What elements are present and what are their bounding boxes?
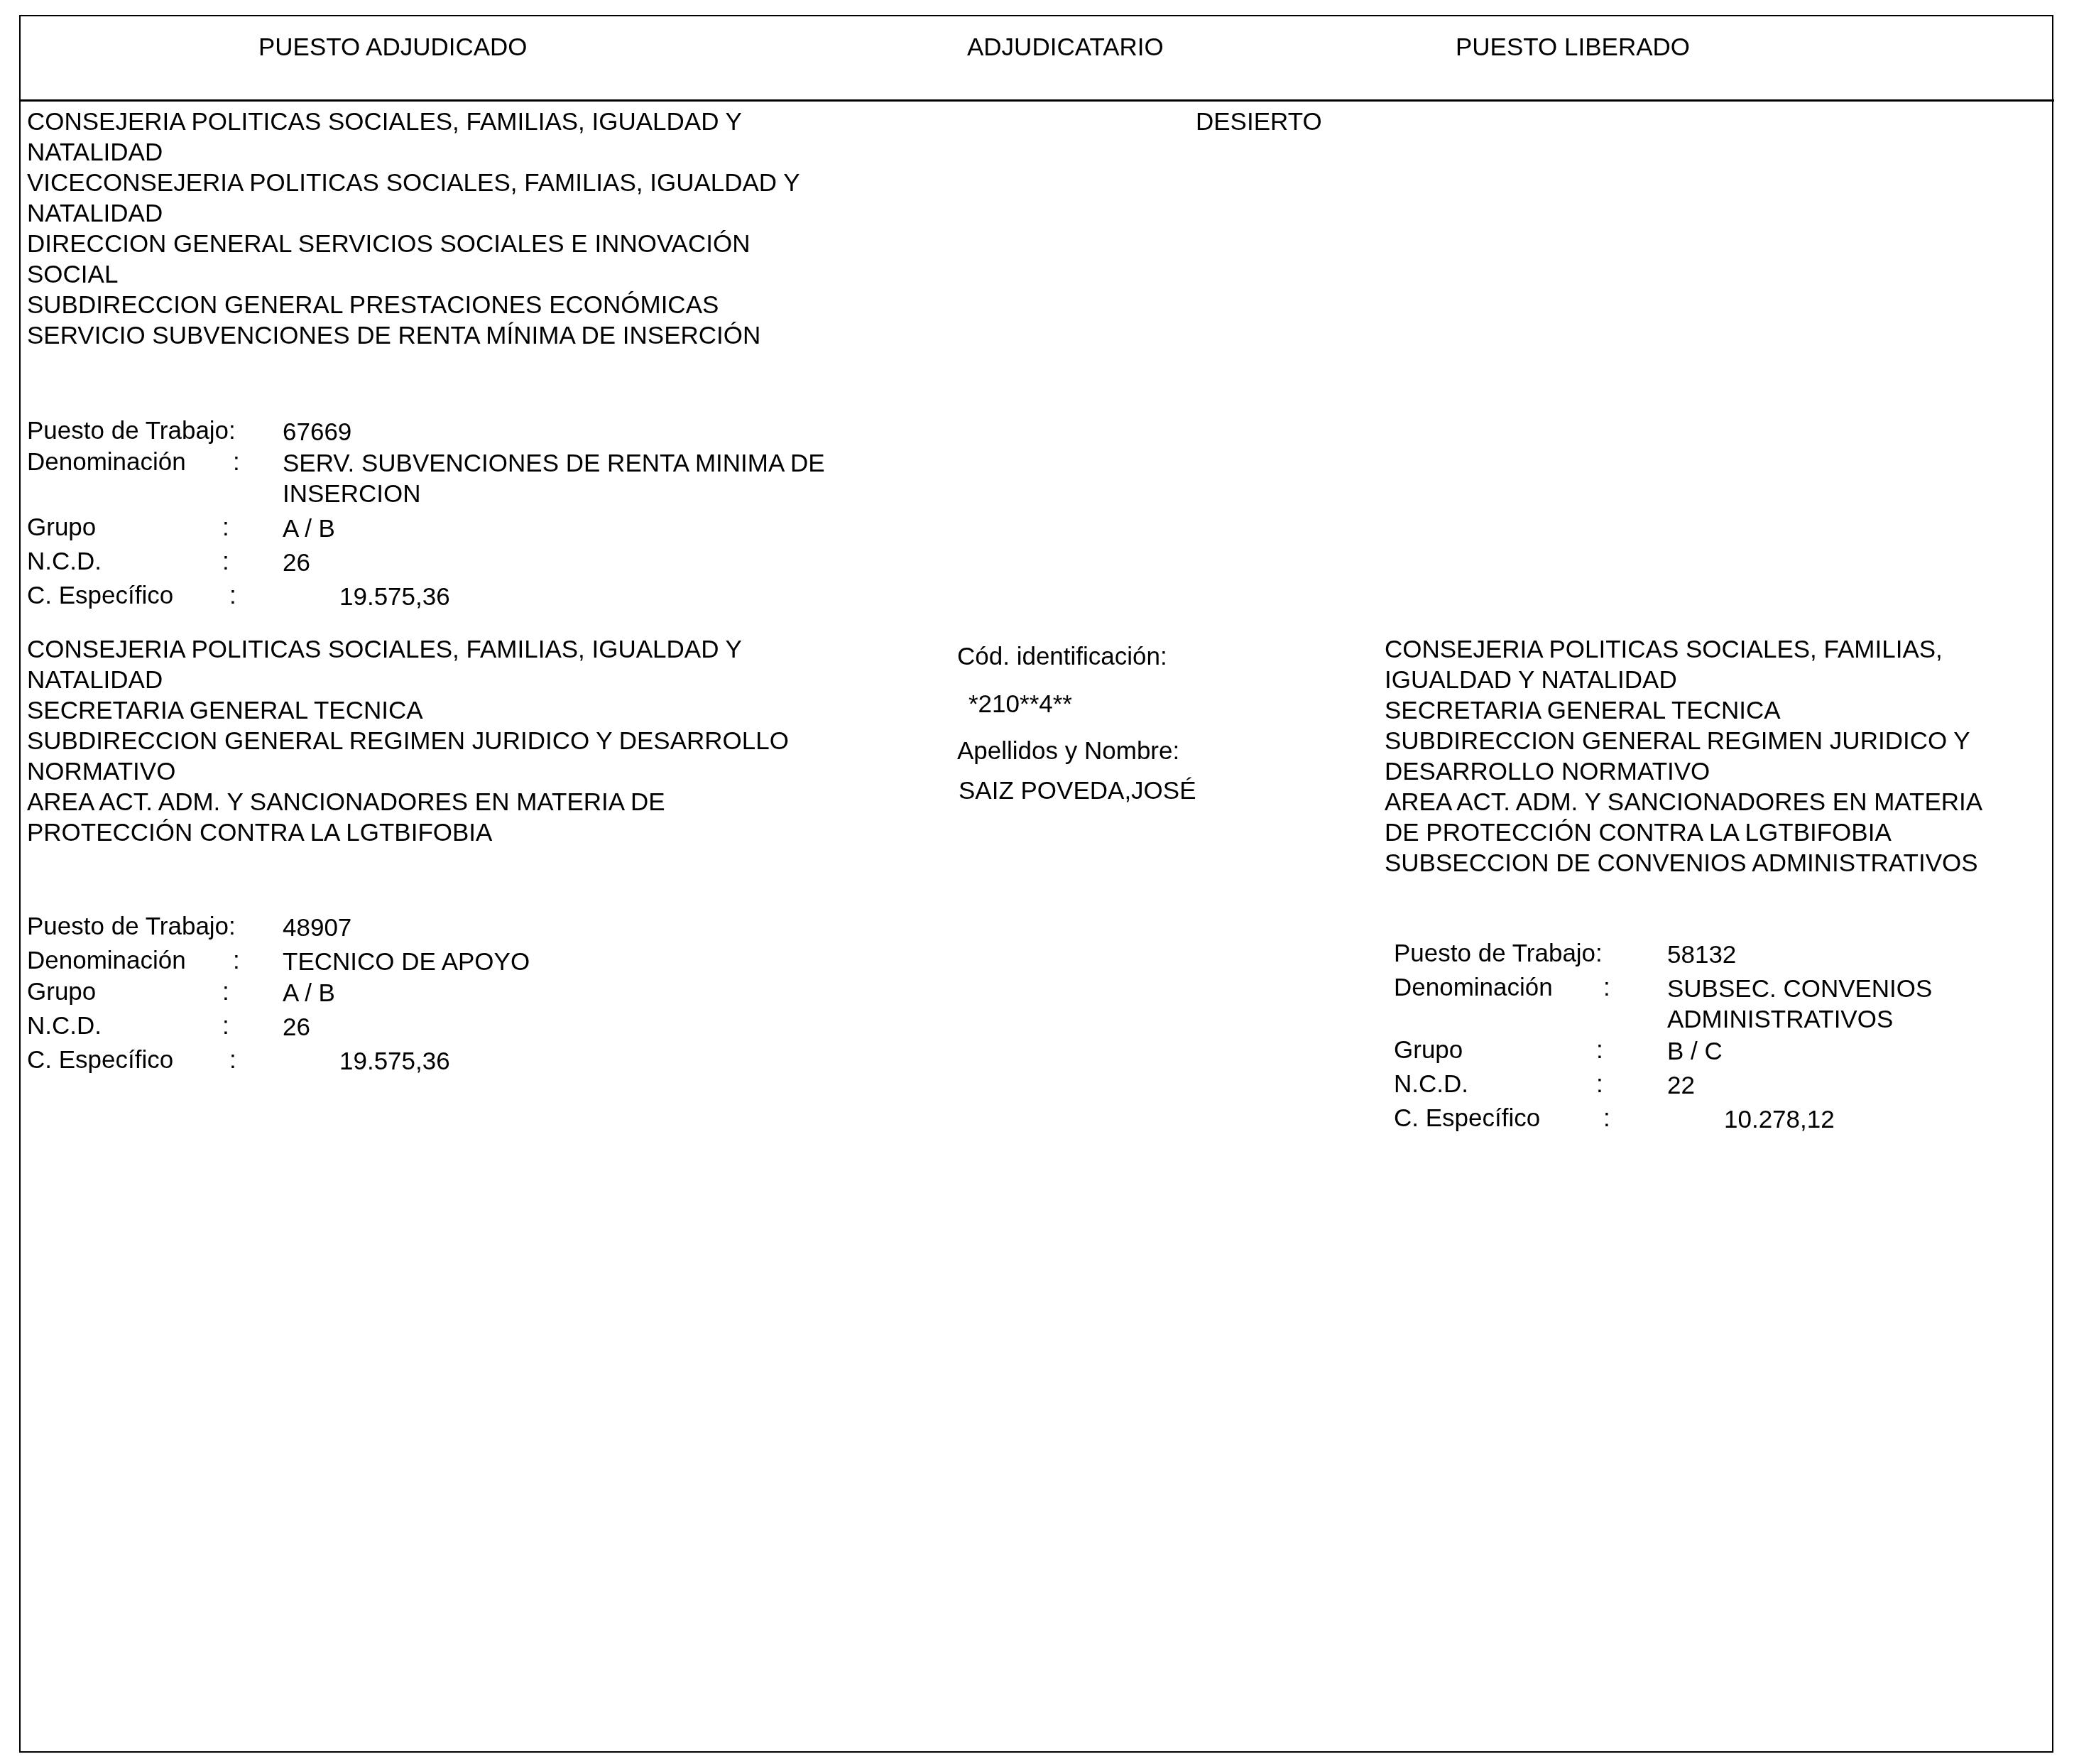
org-line: SOCIAL (27, 259, 800, 290)
header-adjudicatario: ADJUDICATARIO (967, 32, 1164, 62)
colon: : (1596, 1036, 1603, 1065)
value-denominacion-line1: SUBSEC. CONVENIOS (1667, 974, 1932, 1004)
label-ncd: N.C.D. (27, 1012, 102, 1040)
value-ncd: 26 (283, 1012, 310, 1042)
colon: : (1596, 1070, 1603, 1099)
label-grupo: Grupo (27, 978, 96, 1006)
label-denominacion: Denominación (27, 448, 186, 477)
colon: : (1603, 1104, 1610, 1133)
label-puesto: Puesto de Trabajo: (27, 913, 236, 941)
header-puesto-liberado: PUESTO LIBERADO (1456, 32, 1690, 62)
org-line: SERVICIO SUBVENCIONES DE RENTA MÍNIMA DE… (27, 320, 800, 351)
org-line: IGUALDAD Y NATALIDAD (1385, 665, 1982, 695)
value-cod-identificacion: *210**4** (968, 689, 1072, 719)
value-denominacion: SERV. SUBVENCIONES DE RENTA MINIMA DE IN… (283, 448, 922, 509)
header-divider (19, 99, 2054, 102)
status-desierto: DESIERTO (1196, 107, 1322, 137)
value-grupo: B / C (1667, 1036, 1723, 1067)
value-grupo: A / B (283, 978, 335, 1008)
label-denominacion: Denominación (27, 947, 186, 975)
value-puesto: 48907 (283, 913, 351, 943)
label-ncd: N.C.D. (1394, 1070, 1468, 1099)
org-line: DE PROTECCIÓN CONTRA LA LGTBIFOBIA (1385, 817, 1982, 848)
org-line: NATALIDAD (27, 137, 800, 168)
colon: : (229, 1046, 236, 1074)
label-grupo: Grupo (1394, 1036, 1463, 1065)
label-grupo: Grupo (27, 513, 96, 542)
colon: : (229, 582, 236, 610)
value-puesto: 67669 (283, 417, 351, 447)
org-line: SECRETARIA GENERAL TECNICA (27, 695, 789, 726)
liberado-puesto-details: Puesto de Trabajo: 58132 Denominación : … (1394, 940, 2054, 1138)
colon: : (233, 947, 240, 975)
value-ncd: 26 (283, 548, 310, 578)
org-line: NATALIDAD (27, 198, 800, 229)
value-denominacion: TECNICO DE APOYO (283, 947, 530, 977)
row1-org-hierarchy: CONSEJERIA POLITICAS SOCIALES, FAMILIAS,… (27, 107, 800, 351)
value-grupo: A / B (283, 513, 335, 544)
org-line: SUBSECCION DE CONVENIOS ADMINISTRATIVOS (1385, 848, 1982, 878)
org-line: PROTECCIÓN CONTRA LA LGTBIFOBIA (27, 817, 789, 848)
colon: : (222, 548, 229, 576)
label-denominacion: Denominación (1394, 974, 1553, 1002)
org-line: DESARROLLO NORMATIVO (1385, 756, 1982, 787)
value-especifico: 10.278,12 (1724, 1104, 1835, 1135)
org-line: AREA ACT. ADM. Y SANCIONADORES EN MATERI… (27, 787, 789, 817)
row2-puesto-details: Puesto de Trabajo: 48907 Denominación : … (27, 913, 922, 1080)
label-especifico: C. Específico (27, 1046, 173, 1074)
colon: : (222, 978, 229, 1006)
label-apellidos-nombre: Apellidos y Nombre: (957, 736, 1179, 766)
org-line: SUBDIRECCION GENERAL PRESTACIONES ECONÓM… (27, 290, 800, 320)
label-especifico: C. Específico (27, 582, 173, 610)
label-ncd: N.C.D. (27, 548, 102, 576)
label-puesto: Puesto de Trabajo: (27, 417, 236, 445)
org-line: SUBDIRECCION GENERAL REGIMEN JURIDICO Y (1385, 726, 1982, 756)
org-line: NORMATIVO (27, 756, 789, 787)
org-line: AREA ACT. ADM. Y SANCIONADORES EN MATERI… (1385, 787, 1982, 817)
label-especifico: C. Específico (1394, 1104, 1540, 1133)
colon: : (222, 1012, 229, 1040)
colon: : (233, 448, 240, 477)
value-denominacion-line2: ADMINISTRATIVOS (1667, 1004, 1893, 1035)
colon: : (222, 513, 229, 542)
row1-puesto-details: Puesto de Trabajo: 67669 Denominación : … (27, 417, 922, 616)
org-line: CONSEJERIA POLITICAS SOCIALES, FAMILIAS,… (27, 634, 789, 665)
value-apellidos-nombre: SAIZ POVEDA,JOSÉ (959, 775, 1196, 806)
value-especifico: 19.575,36 (339, 1046, 450, 1077)
row2-org-hierarchy: CONSEJERIA POLITICAS SOCIALES, FAMILIAS,… (27, 634, 789, 848)
liberado-org-hierarchy: CONSEJERIA POLITICAS SOCIALES, FAMILIAS,… (1385, 634, 1982, 878)
org-line: DIRECCION GENERAL SERVICIOS SOCIALES E I… (27, 229, 800, 259)
label-puesto: Puesto de Trabajo: (1394, 940, 1603, 968)
org-line: SUBDIRECCION GENERAL REGIMEN JURIDICO Y … (27, 726, 789, 756)
org-line: VICECONSEJERIA POLITICAS SOCIALES, FAMIL… (27, 168, 800, 198)
value-puesto: 58132 (1667, 940, 1736, 970)
header-puesto-adjudicado: PUESTO ADJUDICADO (258, 32, 528, 62)
org-line: CONSEJERIA POLITICAS SOCIALES, FAMILIAS, (1385, 634, 1982, 665)
colon: : (1603, 974, 1610, 1002)
value-ncd: 22 (1667, 1070, 1695, 1101)
label-cod-identificacion: Cód. identificación: (957, 641, 1167, 672)
value-especifico: 19.575,36 (339, 582, 450, 612)
org-line: CONSEJERIA POLITICAS SOCIALES, FAMILIAS,… (27, 107, 800, 137)
org-line: NATALIDAD (27, 665, 789, 695)
org-line: SECRETARIA GENERAL TECNICA (1385, 695, 1982, 726)
